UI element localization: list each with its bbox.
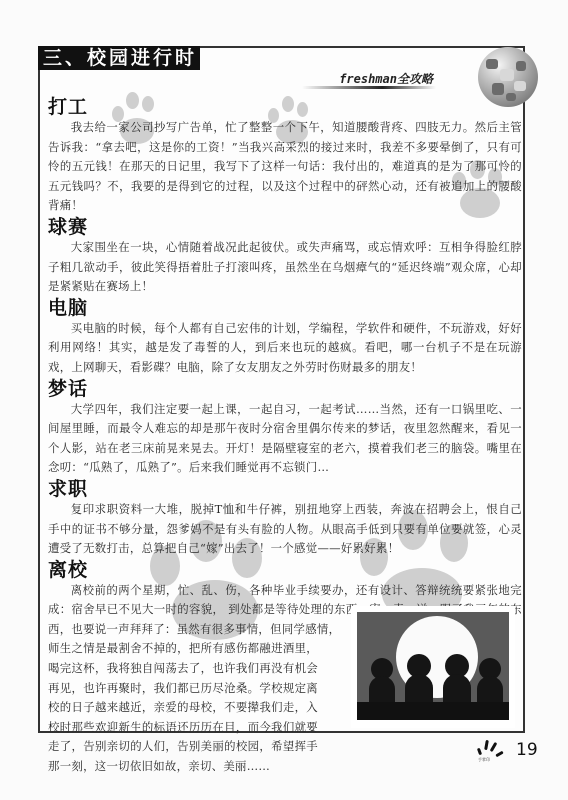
moon-silhouette-illustration	[351, 606, 515, 728]
section-paragraph: 买电脑的时候，每个人都有自己宏伟的计划，学编程，学软件和硬件，不玩游戏，好好利用…	[48, 319, 522, 378]
section-paragraph: 大家围坐在一块，心情随着战况此起彼伏。或失声痛骂，或忘情欢呼：互相争得脸红脖子粗…	[48, 238, 522, 297]
section-paragraph: 复印求职资料一大堆，脱掉T恤和牛仔裤，别扭地穿上西装，奔波在招聘会上，恨自己手中…	[48, 500, 522, 559]
puzzle-globe-icon	[478, 47, 538, 107]
section-heading-ball-game: 球赛	[48, 216, 522, 238]
section-heading-job-hunting: 求职	[48, 478, 522, 500]
hand-label: 手掌印	[478, 757, 490, 763]
section-paragraph: 师生之情是最割舍不掉的，把所有感伤都融进酒里，喝完这杯，我将独自闯荡去了，也许我…	[48, 639, 318, 776]
section-paragraph: 大学四年，我们注定要一起上课，一起自习，一起考试……当然，还有一口锅里吃、一间屋…	[48, 400, 522, 478]
section-heading-part-time-job: 打工	[48, 96, 522, 118]
page-title: 三、校园进行时	[38, 46, 200, 70]
section-paragraph: 我去给一家公司抄写广告单，忙了整整一个下午，知道腰酸背疼、四肢无力。然后主管告诉…	[48, 118, 522, 216]
section-heading-sleep-talk: 梦话	[48, 378, 522, 400]
section-heading-computer: 电脑	[48, 297, 522, 319]
page-number: 19	[516, 740, 538, 760]
section-heading-leaving-school: 离校	[48, 559, 522, 581]
brand-underline	[302, 86, 436, 89]
